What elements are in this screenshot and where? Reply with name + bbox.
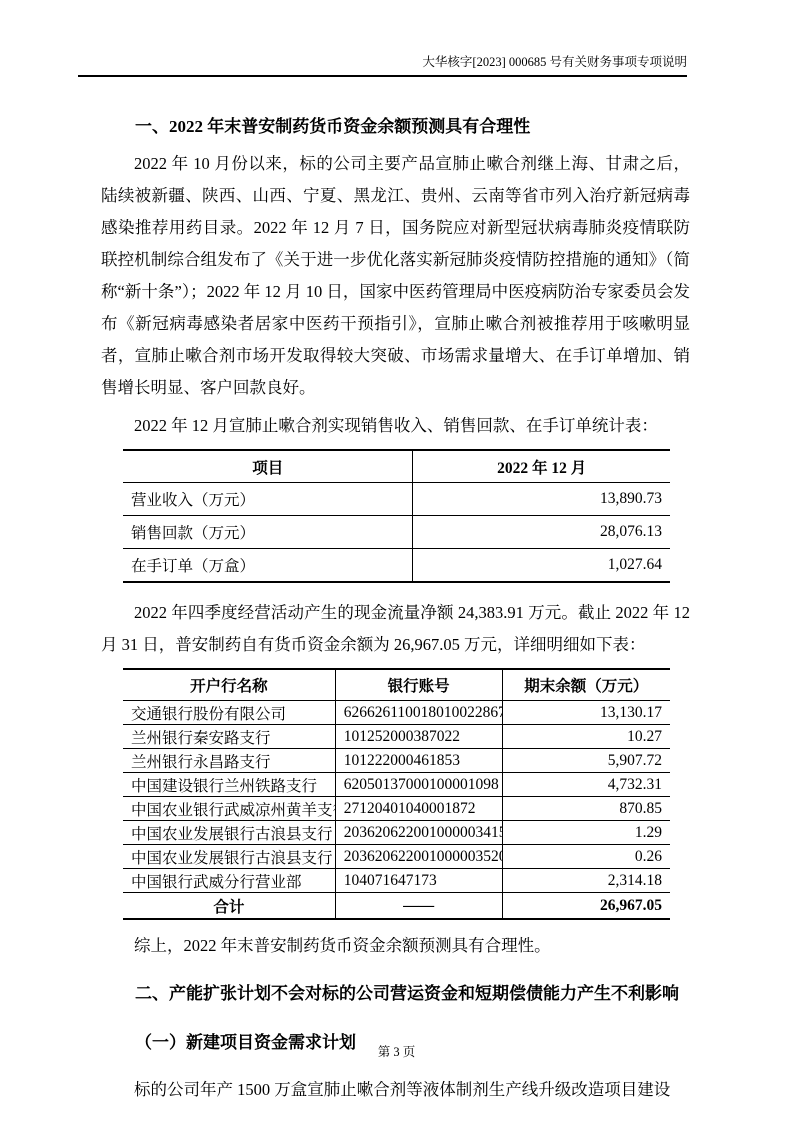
total-dash: —— <box>335 893 502 920</box>
balance: 2,314.18 <box>502 869 670 893</box>
page-number: 第 3 页 <box>0 1042 793 1060</box>
table-row: 中国农业银行武威凉州黄羊支行 27120401040001872 870.85 <box>123 797 670 821</box>
table-header-row: 开户行名称 银行账号 期末余额（万元） <box>123 669 670 701</box>
document-page: 大华核字[2023] 000685 号有关财务事项专项说明 一、2022 年末普… <box>0 0 793 1122</box>
section1-paragraph2: 2022 年四季度经营活动产生的现金流量净额 24,383.91 万元。截止 2… <box>101 597 690 661</box>
row-label: 销售回款（万元） <box>123 516 413 549</box>
account-number: 20362062200100000352051 <box>335 845 502 869</box>
account-number: 20362062200100000341561 <box>335 821 502 845</box>
bank-name: 兰州银行永昌路支行 <box>123 749 335 773</box>
account-number: 62050137000100001098 <box>335 773 502 797</box>
row-value: 28,076.13 <box>413 516 670 549</box>
section2-paragraph1: 标的公司年产 1500 万盒宣肺止嗽合剂等液体制剂生产线升级改造项目建设 <box>101 1074 690 1106</box>
section1-paragraph1: 2022 年 10 月份以来，标的公司主要产品宣肺止嗽合剂继上海、甘肃之后，陆续… <box>101 148 690 404</box>
table-row: 交通银行股份有限公司 626626110018010022867 13,130.… <box>123 701 670 725</box>
running-header: 大华核字[2023] 000685 号有关财务事项专项说明 <box>78 52 687 77</box>
bank-accounts-table: 开户行名称 银行账号 期末余额（万元） 交通银行股份有限公司 626626110… <box>123 668 670 920</box>
table-row: 中国农业发展银行古浪县支行 20362062200100000352051 0.… <box>123 845 670 869</box>
table-row: 中国农业发展银行古浪县支行 20362062200100000341561 1.… <box>123 821 670 845</box>
row-label: 营业收入（万元） <box>123 483 413 516</box>
col-header-account-number: 银行账号 <box>335 669 502 701</box>
account-number: 27120401040001872 <box>335 797 502 821</box>
balance: 13,130.17 <box>502 701 670 725</box>
table-header-row: 项目 2022 年 12 月 <box>123 450 670 483</box>
section1-conclusion: 综上，2022 年末普安制药货币资金余额预测具有合理性。 <box>101 930 690 962</box>
bank-name: 中国建设银行兰州铁路支行 <box>123 773 335 797</box>
col-header-dec2022: 2022 年 12 月 <box>413 450 670 483</box>
bank-name: 交通银行股份有限公司 <box>123 701 335 725</box>
account-number: 101222000461853 <box>335 749 502 773</box>
bank-name: 中国农业发展银行古浪县支行 <box>123 821 335 845</box>
table-row: 兰州银行永昌路支行 101222000461853 5,907.72 <box>123 749 670 773</box>
table-row: 中国银行武威分行营业部 104071647173 2,314.18 <box>123 869 670 893</box>
section1-heading: 一、2022 年末普安制药货币资金余额预测具有合理性 <box>101 112 690 142</box>
total-balance: 26,967.05 <box>502 893 670 920</box>
balance: 4,732.31 <box>502 773 670 797</box>
sales-stats-table-wrap: 项目 2022 年 12 月 营业收入（万元） 13,890.73 销售回款（万… <box>123 449 670 583</box>
table-total-row: 合计 —— 26,967.05 <box>123 893 670 920</box>
row-value: 1,027.64 <box>413 549 670 583</box>
section2-heading: 二、产能扩张计划不会对标的公司营运资金和短期偿债能力产生不利影响 <box>101 979 690 1009</box>
sales-stats-table: 项目 2022 年 12 月 营业收入（万元） 13,890.73 销售回款（万… <box>123 449 670 583</box>
account-number: 626626110018010022867 <box>335 701 502 725</box>
table-row: 营业收入（万元） 13,890.73 <box>123 483 670 516</box>
balance: 0.26 <box>502 845 670 869</box>
table-row: 兰州银行秦安路支行 101252000387022 10.27 <box>123 725 670 749</box>
row-label: 在手订单（万盒） <box>123 549 413 583</box>
row-value: 13,890.73 <box>413 483 670 516</box>
bank-name: 中国农业发展银行古浪县支行 <box>123 845 335 869</box>
table-row: 销售回款（万元） 28,076.13 <box>123 516 670 549</box>
bank-name: 中国农业银行武威凉州黄羊支行 <box>123 797 335 821</box>
table-row: 在手订单（万盒） 1,027.64 <box>123 549 670 583</box>
balance: 5,907.72 <box>502 749 670 773</box>
balance: 870.85 <box>502 797 670 821</box>
total-label: 合计 <box>123 893 335 920</box>
bank-name: 中国银行武威分行营业部 <box>123 869 335 893</box>
account-number: 101252000387022 <box>335 725 502 749</box>
account-number: 104071647173 <box>335 869 502 893</box>
table-row: 中国建设银行兰州铁路支行 62050137000100001098 4,732.… <box>123 773 670 797</box>
balance: 10.27 <box>502 725 670 749</box>
table1-intro: 2022 年 12 月宣肺止嗽合剂实现销售收入、销售回款、在手订单统计表： <box>101 410 690 442</box>
bank-name: 兰州银行秦安路支行 <box>123 725 335 749</box>
document-content: 一、2022 年末普安制药货币资金余额预测具有合理性 2022 年 10 月份以… <box>101 96 690 1106</box>
balance: 1.29 <box>502 821 670 845</box>
col-header-bank-name: 开户行名称 <box>123 669 335 701</box>
bank-accounts-table-wrap: 开户行名称 银行账号 期末余额（万元） 交通银行股份有限公司 626626110… <box>123 668 670 920</box>
col-header-ending-balance: 期末余额（万元） <box>502 669 670 701</box>
col-header-item: 项目 <box>123 450 413 483</box>
